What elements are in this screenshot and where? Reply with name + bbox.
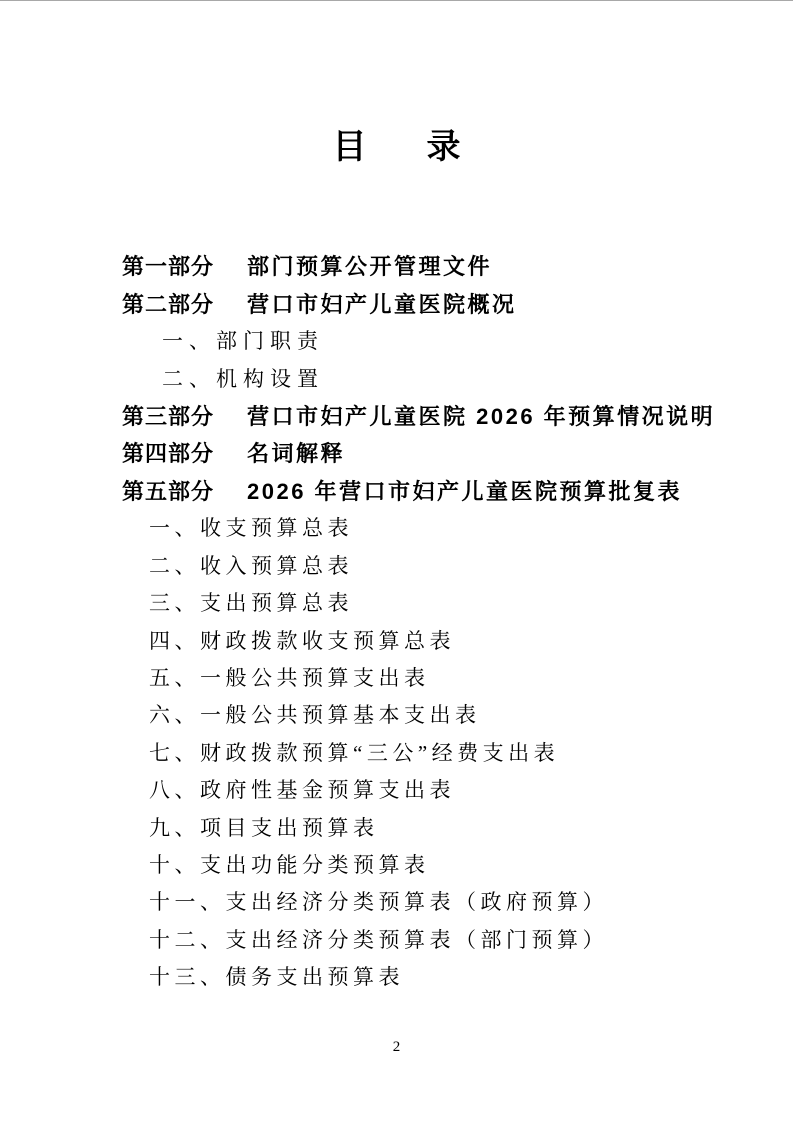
- toc-part-label: 第三部分: [122, 400, 247, 431]
- toc-item-text: 六、一般公共预算基本支出表: [149, 699, 481, 729]
- toc-item-text: 四、财政拨款收支预算总表: [149, 625, 455, 655]
- toc-sub-row: 二、机构设置: [122, 359, 753, 396]
- toc-item-text: 五、一般公共预算支出表: [149, 662, 430, 692]
- toc-item-text: 三、支出预算总表: [149, 587, 353, 617]
- toc-part-row-5: 第五部分 2026 年营口市妇产儿童医院预算批复表: [122, 471, 753, 508]
- toc-part-row-1: 第一部分 部门预算公开管理文件: [122, 247, 753, 284]
- toc-sub-text: 二、机构设置: [162, 363, 324, 393]
- toc-item-text: 十一、支出经济分类预算表（政府预算）: [149, 886, 608, 916]
- toc-sub-row: 一、部门职责: [122, 322, 753, 359]
- toc-item-text: 一、收支预算总表: [149, 512, 353, 542]
- toc-list-item: 十一、支出经济分类预算表（政府预算）: [122, 883, 753, 920]
- toc-item-text: 十二、支出经济分类预算表（部门预算）: [149, 924, 608, 954]
- toc-part-label: 第四部分: [122, 437, 247, 468]
- toc-list-item: 二、收入预算总表: [122, 546, 753, 583]
- toc-sub-text: 一、部门职责: [162, 325, 324, 355]
- toc-part-row-4: 第四部分 名词解释: [122, 434, 753, 471]
- toc-list-item: 十二、支出经济分类预算表（部门预算）: [122, 920, 753, 957]
- toc-part-title: 部门预算公开管理文件: [247, 250, 492, 281]
- toc-list-item: 四、财政拨款收支预算总表: [122, 621, 753, 658]
- toc-part-title: 营口市妇产儿童医院 2026 年预算情况说明: [247, 400, 715, 431]
- page-title: 目 录: [0, 128, 793, 168]
- toc-part-row-2: 第二部分 营口市妇产儿童医院概况: [122, 284, 753, 321]
- toc-list-item: 一、收支预算总表: [122, 509, 753, 546]
- page-title-char-left: 目: [333, 128, 367, 168]
- table-of-contents: 第一部分 部门预算公开管理文件 第二部分 营口市妇产儿童医院概况 一、部门职责 …: [122, 247, 753, 995]
- page-number: 2: [0, 1038, 793, 1056]
- toc-item-text: 九、项目支出预算表: [149, 812, 379, 842]
- toc-item-text: 七、财政拨款预算“三公”经费支出表: [149, 737, 559, 767]
- toc-part-label: 第一部分: [122, 250, 247, 281]
- page-title-char-right: 录: [427, 128, 461, 168]
- toc-list-item: 八、政府性基金预算支出表: [122, 770, 753, 807]
- toc-item-text: 二、收入预算总表: [149, 550, 353, 580]
- toc-list-item: 五、一般公共预算支出表: [122, 658, 753, 695]
- toc-part-label: 第五部分: [122, 475, 247, 506]
- toc-part-label: 第二部分: [122, 288, 247, 319]
- page-top-edge: [0, 0, 793, 1]
- toc-list-item: 十、支出功能分类预算表: [122, 845, 753, 882]
- toc-part-title: 名词解释: [247, 437, 345, 468]
- toc-list-item: 十三、债务支出预算表: [122, 957, 753, 994]
- toc-item-text: 十、支出功能分类预算表: [149, 849, 430, 879]
- document-page: 目 录 第一部分 部门预算公开管理文件 第二部分 营口市妇产儿童医院概况 一、部…: [0, 0, 793, 1122]
- toc-part-row-3: 第三部分 营口市妇产儿童医院 2026 年预算情况说明: [122, 397, 753, 434]
- toc-part-title: 营口市妇产儿童医院概况: [247, 288, 517, 319]
- toc-item-text: 八、政府性基金预算支出表: [149, 774, 455, 804]
- toc-list-item: 九、项目支出预算表: [122, 808, 753, 845]
- toc-part-title: 2026 年营口市妇产儿童医院预算批复表: [247, 475, 682, 506]
- toc-list-item: 七、财政拨款预算“三公”经费支出表: [122, 733, 753, 770]
- toc-item-text: 十三、债务支出预算表: [149, 961, 404, 991]
- toc-list-item: 三、支出预算总表: [122, 584, 753, 621]
- toc-list-item: 六、一般公共预算基本支出表: [122, 696, 753, 733]
